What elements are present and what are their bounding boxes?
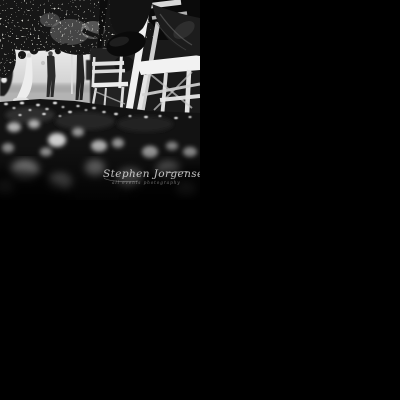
groom-figure [47,51,56,97]
watermark-tagline: all events photography [112,180,181,185]
wedding-photo: Stephen Jorgensen all events photography [0,0,200,200]
bride-head [27,53,32,58]
watermark-name: Stephen Jorgensen [103,168,200,180]
groom-head [48,51,53,56]
ceremony-pole [71,50,73,94]
bouquet [41,61,45,65]
black-canvas: Stephen Jorgensen all events photography [0,0,400,400]
wedding-photo-art: Stephen Jorgensen all events photography [0,0,200,200]
